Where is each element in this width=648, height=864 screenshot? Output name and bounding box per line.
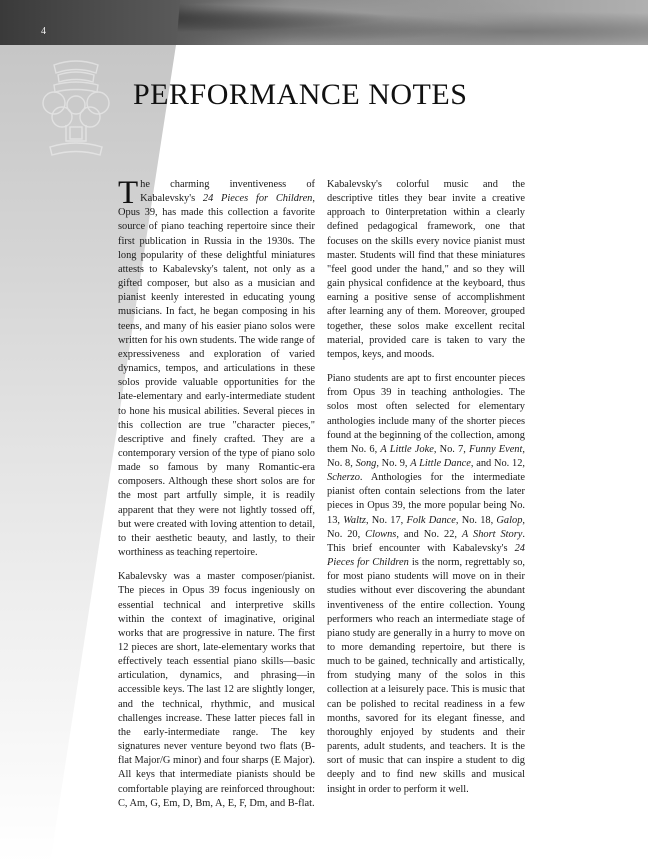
drop-cap: T (118, 180, 138, 206)
header-dark-segment (0, 0, 180, 45)
anthologies-paragraph: Piano students are apt to first encounte… (327, 372, 525, 797)
page-number: 4 (41, 26, 46, 37)
intro-paragraph: The charming inventiveness of Kabalevsky… (118, 178, 315, 560)
interpretation-paragraph: Kabalevsky's colorful music and the desc… (327, 178, 525, 362)
composer-paragraph: Kabalevsky was a master composer/pianist… (118, 570, 315, 811)
right-column: Kabalevsky's colorful music and the desc… (327, 178, 525, 807)
crest-emblem-icon (40, 55, 112, 165)
left-column: The charming inventiveness of Kabalevsky… (118, 178, 315, 821)
header-band: 4 (0, 0, 648, 45)
page-title: PERFORMANCE NOTES (133, 78, 467, 112)
